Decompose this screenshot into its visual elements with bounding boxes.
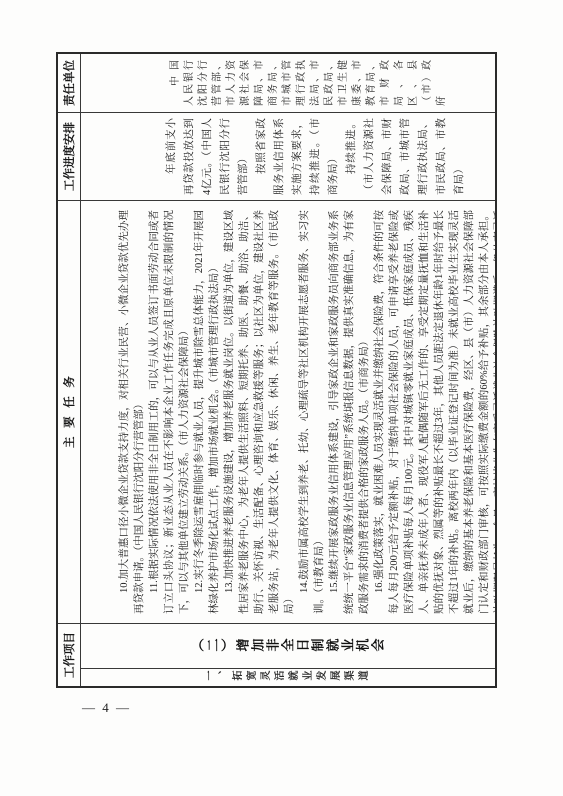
responsible-unit-cell: 中国人民银行沈阳分行营管部、市人力资源社会保障局、市商务局、市城市管理行政执法局… <box>81 54 495 112</box>
header-schedule: 工作进度安排 <box>58 112 80 200</box>
work-plan-table: 工作项目 主要任务 工作进度安排 责任单位 一、拓宽灵活就业发展渠道 （二）增加… <box>56 52 497 688</box>
work-item-category: 一、拓宽灵活就业发展渠道 <box>81 668 495 686</box>
schedule-cell: 年底前支小再贷款投放达到4亿元。（中国人民银行沈阳分行营管部） 按照省家政服务业… <box>81 112 495 200</box>
header-responsible-unit: 责任单位 <box>58 54 80 112</box>
task-paragraph-16: 16.强化政策落实，就业困难人员实现灵活就业并缴纳社会保险费，符合条件的可按每人… <box>372 210 495 614</box>
table-header-row: 工作项目 主要任务 工作进度安排 责任单位 <box>58 54 81 686</box>
main-tasks-cell: 10.加大普惠口径小微企业贷款支持力度，对相关行业民营、小微企业贷款优先办理再贷… <box>81 200 495 623</box>
task-paragraph-12: 12.实行冬季除运雪雇佣临时参与就业人员，提升城市除雪总体能力，2021年开展园… <box>192 210 222 614</box>
rotated-table-canvas: 工作项目 主要任务 工作进度安排 责任单位 一、拓宽灵活就业发展渠道 （二）增加… <box>56 52 497 688</box>
task-paragraph-10: 10.加大普惠口径小微企业贷款支持力度，对相关行业民营、小微企业贷款优先办理再贷… <box>117 210 147 614</box>
schedule-text-block: 年底前支小再贷款投放达到4亿元。（中国人民银行沈阳分行营管部） 按照省家政服务业… <box>163 118 495 195</box>
task-paragraph-11: 11.根据实际情况依法使用非全日制用工的，可以与从业人员签订书面劳动合同或者订立… <box>147 210 192 614</box>
header-main-tasks: 主要任务 <box>58 200 80 623</box>
task-paragraph-14: 14.鼓励市属高校学生到养老、托幼、心理疏导等社区机构开展志愿者服务、实习实训。… <box>297 210 327 614</box>
schedule-paragraph-1: 年底前支小再贷款投放达到4亿元。（中国人民银行沈阳分行营管部） <box>163 118 253 195</box>
responsible-unit-text: 中国人民银行沈阳分行营管部、市人力资源社会保障局、市商务局、市城市管理行政执法局… <box>169 60 449 106</box>
schedule-paragraph-2: 按照省家政服务业信用体系实施方案要求，持续推进。（市商务局） <box>253 118 343 195</box>
page-number: — 4 — <box>82 700 131 716</box>
table-body-row: 一、拓宽灵活就业发展渠道 （二）增加非全日制就业机会 10.加大普惠口径小微企业… <box>81 54 495 686</box>
document-page: 工作项目 主要任务 工作进度安排 责任单位 一、拓宽灵活就业发展渠道 （二）增加… <box>0 0 563 796</box>
work-item-subsection: （二）增加非全日制就业机会 <box>81 624 495 668</box>
task-paragraph-13: 13.加快推进养老服务设施建设，增加养老服务就业岗位。以街道为单位，建设区域性居… <box>222 210 297 614</box>
task-paragraph-15: 15.继续开展家政服务业信用体系建设，引导家政企业和家政服务员向商务部业务系统统… <box>327 210 372 614</box>
work-item-cell: 一、拓宽灵活就业发展渠道 （二）增加非全日制就业机会 <box>81 623 495 686</box>
schedule-paragraph-3: 持续推进。（市人力资源社会保障局、市财政局、市城市管理行政执法局、市民政局、市教… <box>343 118 469 195</box>
header-work-item: 工作项目 <box>58 623 80 686</box>
